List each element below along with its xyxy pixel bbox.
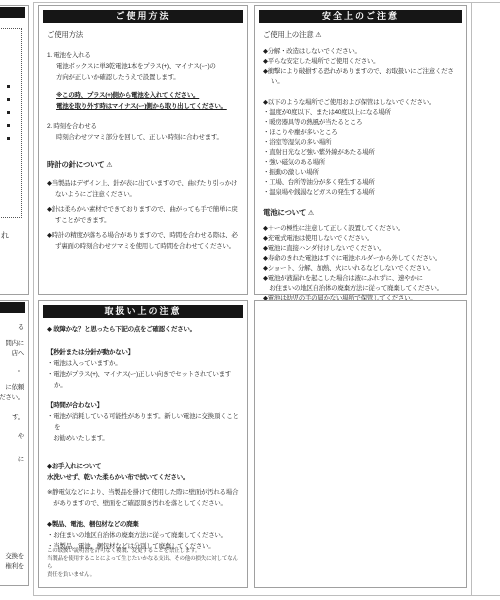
cut-text-fragment: 間内に: [5, 339, 24, 348]
handling-care-line: 水洗いせず、乾いた柔らかい布で拭いてください。: [47, 472, 239, 483]
cut-text-fragment: や: [18, 432, 24, 441]
safety-place-item: ・ほこりや塵が多いところ: [263, 128, 458, 138]
square-bullet-icon: [7, 137, 10, 140]
square-bullet-icon: [7, 124, 10, 127]
cut-text-fragment: 店へ: [12, 349, 24, 358]
safety-panel-header: 安全上のご注意: [259, 10, 462, 23]
handling-panel-header: 取扱い上の注意: [43, 305, 243, 318]
sheet-bottom-rule: [33, 595, 500, 596]
safety-place-item: ・浴室等湿気の多い場所: [263, 138, 458, 148]
usage-hands-item: ◆時計の精度が落ちる場合がありますので、時間を合わせる際は、必ず裏面の時刻合わせ…: [47, 230, 239, 252]
handling-disposal-item: ・お住まいの地区自治体の廃棄方法に従って廃棄してください。: [47, 530, 239, 541]
handling-intro: ◆ 故障かな？と思ったら下記の点をご確認ください。: [47, 324, 239, 335]
handling-time-title: 【時間が合わない】: [47, 400, 239, 411]
safety-general-item: ◆分解・改造はしないでください。: [263, 47, 458, 57]
usage-step2-line: 時刻合わせツマミ部分を回して、正しい時刻に合わせます。: [47, 132, 239, 143]
left-panel-header-bar: [0, 302, 25, 313]
usage-hands-item: ◆針は柔らかい素材でできておりますので、曲がっても手で簡単に戻すことができます。: [47, 204, 239, 226]
safety-general-item: ◆平らな安定した場所でご使用ください。: [263, 57, 458, 67]
square-bullet-icon: [7, 85, 10, 88]
cut-text-fragment: る: [18, 323, 24, 332]
left-partial-panel-top: れ: [0, 5, 29, 295]
cut-text-fragment: ださい。: [0, 393, 24, 402]
left-panel-header-bar: [0, 7, 25, 18]
cut-text-fragment: 交換を: [5, 552, 24, 561]
fineprint-line: 当製品を使用することによって生じたいかなる支出、その他の損失に対してなんら: [47, 555, 239, 571]
safety-battery-item: ◆寿命のきれた電池はすぐに電池ホルダーから外してください。: [263, 254, 458, 264]
safety-place-item: ・工場、台所等油分が多く発生する場所: [263, 178, 458, 188]
safety-battery-item: ◆電池が液漏れを起こした場合は液にふれずに、速やかに: [263, 274, 458, 284]
cut-text-fragment: に依頼: [5, 383, 24, 392]
handling-disposal-title: ◆製品、電池、梱包材などの廃棄: [47, 519, 239, 530]
safety-battery-item: ◆充電式電池は使用しないでください。: [263, 234, 458, 244]
square-bullet-icon: [7, 98, 10, 101]
cut-text-fragment: れ: [1, 230, 9, 241]
safety-place-item: ・温泉場や銭湯などガスの発生する場所: [263, 188, 458, 198]
cut-text-fragment: に: [18, 455, 24, 464]
fineprint: この取扱い説明書を許可なく複製、変更することを禁止します。 当製品を使用すること…: [47, 547, 239, 579]
safety-battery-item: お住まいの地区自治体の廃棄方法に従って廃棄してください。: [263, 284, 458, 294]
empty-panel: [254, 300, 467, 588]
sheet-right-rule: [471, 2, 472, 596]
handling-time-line: お勧めいたします。: [47, 433, 239, 444]
usage-step1-note-line: ※この時、プラス(+)側から電池を入れてください。: [47, 90, 239, 101]
safety-battery-item: ◆ショート、分解、加熱、火にいれるなどしないでください。: [263, 264, 458, 274]
cut-text-fragment: 。: [18, 365, 24, 374]
handling-seconds-title: 【秒針または分針が動かない】: [47, 347, 239, 358]
fineprint-line: この取扱い説明書を許可なく複製、変更することを禁止します。: [47, 547, 239, 555]
left-partial-panel-bottom: る 間内に 店へ 。 に依頼 ださい。 す。 や に 交換を 権利を: [0, 300, 29, 586]
warning-icon: ⚠: [315, 32, 321, 39]
safety-battery-title: 電池について ⚠: [263, 207, 458, 220]
safety-subheader: ご使用上の注意 ⚠: [263, 29, 458, 42]
cut-text-fragment: 権利を: [5, 562, 24, 571]
cut-text-fragment: す。: [12, 413, 24, 422]
safety-battery-item: ◆電池に直接ハンダ付けしないでください。: [263, 244, 458, 254]
safety-battery-title-text: 電池について: [263, 208, 306, 217]
safety-place-item: ・強い磁気のある場所: [263, 158, 458, 168]
handling-time-line: ・電池が消耗している可能性があります。新しい電池に交換頂くことを: [47, 411, 239, 433]
safety-place-item: ・温度が0度以下、または40度以上になる場所: [263, 108, 458, 118]
diagram-dotted-box: [0, 28, 22, 218]
square-bullet-icon: [7, 111, 10, 114]
safety-place-item: ・直射日光など強い紫外線があたる場所: [263, 148, 458, 158]
handling-seconds-item: ・電池がプラス(+)、マイナス(ー)正しい向きでセットされていますか。: [47, 369, 239, 391]
handling-seconds-item: ・電池は入っていますか。: [47, 358, 239, 369]
usage-step2-title: 2. 時刻を合わせる: [47, 121, 239, 132]
safety-panel: 安全上のご注意 ご使用上の注意 ⚠ ◆分解・改造はしないでください。 ◆平らな安…: [254, 5, 467, 295]
safety-subheader-text: ご使用上の注意: [263, 30, 313, 39]
safety-general-item: ◆衝撃により破損する恐れがありますので、お取扱いにご注意ください。: [263, 67, 458, 87]
usage-panel-header: ご使用方法: [43, 10, 243, 23]
instruction-sheet-scan: { "icons": { "warning": "⚠" }, "colors":…: [0, 0, 500, 600]
usage-step1-line: 電池ボックスに単3乾電池1本をプラス(+)、マイナス(ー)の: [47, 61, 239, 72]
sheet-top-rule: [33, 2, 500, 3]
usage-hands-item: ◆当製品はデザイン上、針が表に出ていますので、曲げたり引っかけないようにご注意く…: [47, 178, 239, 200]
usage-step1-line: 方向が正しいか確認したうえで設置します。: [47, 72, 239, 83]
usage-hands-title: 時計の針について ⚠: [47, 159, 239, 172]
fineprint-line: 責任を負いません。: [47, 571, 239, 579]
usage-subheader: ご使用方法: [47, 29, 239, 41]
warning-icon: ⚠: [106, 162, 112, 169]
usage-step1-note-line: 電池を取り外す時はマイナス(ー)側から取り出してください。: [47, 101, 239, 112]
warning-icon: ⚠: [308, 210, 314, 217]
sheet-left-rule: [33, 2, 34, 596]
safety-place-item: ・振動の激しい場所: [263, 168, 458, 178]
usage-hands-title-text: 時計の針について: [47, 160, 104, 169]
safety-battery-item: ◆＋ーの極性に注意して正しく設置してください。: [263, 224, 458, 234]
handling-care-note-line: ※静電気などにより、当製品を掛けて使用した際に壁面が汚れる場合: [47, 487, 239, 498]
usage-panel: ご使用方法 ご使用方法 1. 電池を入れる 電池ボックスに単3乾電池1本をプラス…: [38, 5, 248, 295]
safety-places-intro: ◆以下のような場所でご使用および保管はしないでください。: [263, 98, 458, 108]
handling-care-title: ◆お手入れについて: [47, 461, 239, 472]
handling-care-note-line: がありますので、壁面をご確認頂き汚れを落としてください。: [47, 498, 239, 509]
safety-place-item: ・暖房器具等の熱風が当たるところ: [263, 118, 458, 128]
handling-panel: 取扱い上の注意 ◆ 故障かな？と思ったら下記の点をご確認ください。 【秒針または…: [38, 300, 248, 588]
usage-step1-title: 1. 電池を入れる: [47, 50, 239, 61]
